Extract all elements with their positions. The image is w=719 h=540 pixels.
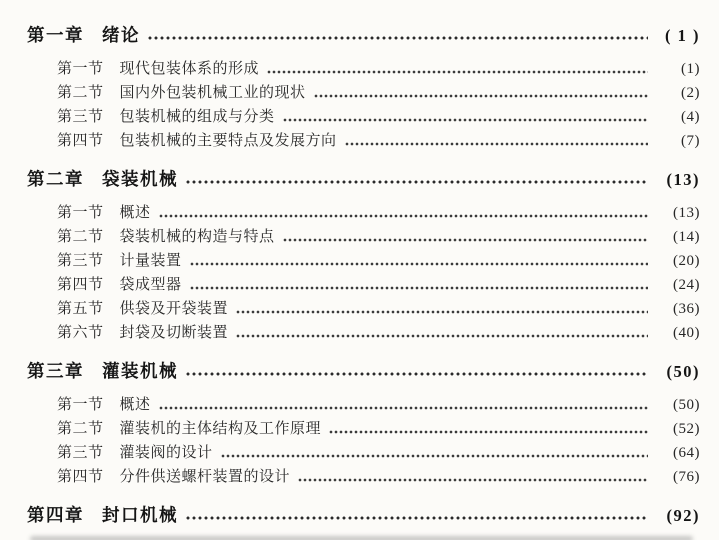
toc-section-row: 第四节 袋成型器 (24) [27,273,700,297]
section-number-label: 第一节 [57,201,104,225]
dot-leader [329,429,648,435]
toc-section-row: 第五节 供袋及开袋装置 (36) [27,297,700,321]
page-number: ( 1 ) [656,24,700,48]
dot-leader [283,237,648,243]
toc-section-row: 第二节 国内外包装机械工业的现状 (2) [27,81,700,105]
page-number: (1) [656,57,700,81]
toc-section-row: 第二节 灌装机的主体结构及工作原理 (52) [27,417,700,441]
section-number-label: 第三节 [57,249,104,273]
toc-section-row: 第六节 封袋及切断装置 (40) [27,321,700,345]
chapter-number-label: 第三章 [27,359,84,383]
section-number-label: 第二节 [57,81,104,105]
page-number: (13) [656,168,700,192]
dot-leader [159,213,648,219]
section-number-label: 第四节 [57,129,104,153]
toc-section-row: 第一节 现代包装体系的形成 (1) [27,57,700,81]
chapter-title: 封口机械 [102,503,178,527]
dot-leader [190,261,648,267]
toc-chapter-row: 第二章 袋装机械 (13) [27,167,700,191]
section-number-label: 第一节 [57,57,104,81]
dot-leader [236,309,648,315]
dot-leader [298,477,648,483]
dot-leader [148,35,648,41]
dot-leader [267,69,648,75]
dot-leader [159,405,648,411]
toc-page: 第一章 绪论 ( 1 ) 第一节 现代包装体系的形成 (1) 第二节 国内外包装… [0,0,719,540]
page-number: (2) [656,81,700,105]
page-number: (24) [656,273,700,297]
section-title: 灌装阀的设计 [120,441,213,465]
page-number: (20) [656,249,700,273]
section-title: 国内外包装机械工业的现状 [120,81,306,105]
page-number: (64) [656,441,700,465]
page-number: (4) [656,105,700,129]
toc-chapter-row: 第四章 封口机械 (92) [27,503,700,527]
chapter-number-label: 第一章 [27,23,84,47]
toc-rows: 第一章 绪论 ( 1 ) 第一节 现代包装体系的形成 (1) 第二节 国内外包装… [27,23,700,527]
page-number: (76) [656,465,700,489]
section-title: 现代包装体系的形成 [120,57,260,81]
toc-section-row: 第三节 计量装置 (20) [27,249,700,273]
dot-leader [345,141,648,147]
section-title: 供袋及开袋装置 [120,297,229,321]
toc-section-row: 第一节 概述 (50) [27,393,700,417]
section-title: 封袋及切断装置 [120,321,229,345]
toc-section-row: 第四节 包装机械的主要特点及发展方向 (7) [27,129,700,153]
page-number: (92) [656,504,700,528]
dot-leader [283,117,648,123]
dot-leader [186,371,648,377]
section-number-label: 第二节 [57,417,104,441]
toc-chapter-row: 第三章 灌装机械 (50) [27,359,700,383]
section-number-label: 第五节 [57,297,104,321]
toc-section-row: 第三节 灌装阀的设计 (64) [27,441,700,465]
section-number-label: 第六节 [57,321,104,345]
page-number: (36) [656,297,700,321]
toc-section-row: 第四节 分件供送螺杆装置的设计 (76) [27,465,700,489]
page-number: (50) [656,393,700,417]
chapter-title: 绪论 [102,23,140,47]
page-number: (14) [656,225,700,249]
chapter-title: 灌装机械 [102,359,178,383]
section-title: 分件供送螺杆装置的设计 [120,465,291,489]
chapter-number-label: 第二章 [27,167,84,191]
section-number-label: 第一节 [57,393,104,417]
page-number: (7) [656,129,700,153]
section-number-label: 第四节 [57,273,104,297]
dot-leader [221,453,648,459]
toc-section-row: 第二节 袋装机械的构造与特点 (14) [27,225,700,249]
section-title: 袋成型器 [120,273,182,297]
chapter-number-label: 第四章 [27,503,84,527]
dot-leader [186,179,648,185]
section-title: 灌装机的主体结构及工作原理 [120,417,322,441]
toc-section-row: 第三节 包装机械的组成与分类 (4) [27,105,700,129]
toc-section-row: 第一节 概述 (13) [27,201,700,225]
dot-leader [314,93,648,99]
chapter-title: 袋装机械 [102,167,178,191]
section-title: 计量装置 [120,249,182,273]
scan-artifact-next-line [30,536,693,540]
page-number: (52) [656,417,700,441]
section-number-label: 第四节 [57,465,104,489]
dot-leader [190,285,648,291]
section-title: 包装机械的主要特点及发展方向 [120,129,337,153]
dot-leader [186,515,648,521]
section-title: 袋装机械的构造与特点 [120,225,275,249]
dot-leader [236,333,648,339]
page-number: (40) [656,321,700,345]
page-number: (50) [656,360,700,384]
section-number-label: 第三节 [57,105,104,129]
section-title: 概述 [120,201,151,225]
page-number: (13) [656,201,700,225]
section-title: 概述 [120,393,151,417]
toc-chapter-row: 第一章 绪论 ( 1 ) [27,23,700,47]
section-title: 包装机械的组成与分类 [120,105,275,129]
section-number-label: 第二节 [57,225,104,249]
section-number-label: 第三节 [57,441,104,465]
